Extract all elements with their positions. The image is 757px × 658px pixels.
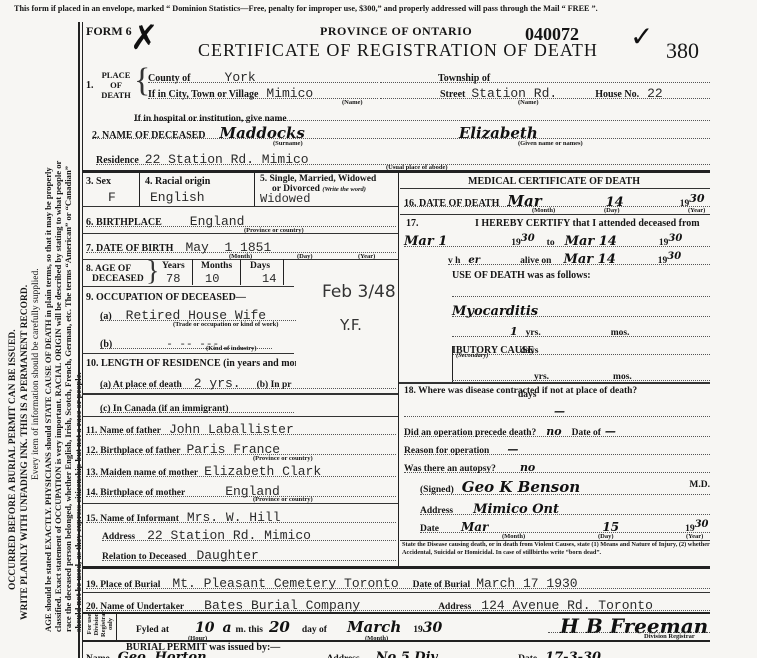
occupation-a-hint: (Trade or occupation or kind of work) [173, 321, 278, 328]
city-label: If in City, Town or Village [148, 89, 258, 100]
given-name-hint: (Given name or names) [518, 140, 583, 147]
county-value: York [225, 70, 256, 85]
marital-status-value: Widowed [260, 192, 310, 206]
divider [400, 214, 710, 215]
side-instruction-5: classified. Exact statement of OCCUPATIO… [53, 161, 63, 632]
undertaker-field: 20. Name of Undertaker Bates Burial Comp… [86, 596, 710, 611]
informant-name-field: 15. Name of Informant Mrs. W. Hill [86, 508, 396, 523]
hospital-label: If in hospital or institution, give name [134, 114, 287, 124]
side-instruction-2: WRITE PLAINLY WITH UNFADING INK. THIS IS… [20, 285, 30, 620]
q18-field: — [404, 402, 710, 417]
annotation-initials: Y.F. [340, 316, 362, 334]
mother-name-field: 13. Maiden name of mother Elizabeth Clar… [86, 462, 396, 477]
age-label: 8. AGE OF [86, 264, 131, 274]
divider [82, 233, 398, 234]
cause-value: Myocarditis [452, 304, 538, 319]
racial-origin-value: English [150, 190, 205, 205]
undertaker-address-value: 124 Avenue Rd. Toronto [481, 598, 653, 613]
years-label: Years [162, 261, 185, 271]
autopsy-field: Was there an autopsy? no [404, 458, 710, 473]
cause-field: Myocarditis [452, 302, 710, 317]
side-instruction-1: OCCURRED BEFORE A BURIAL PERMIT CAN BE I… [8, 329, 18, 590]
operation-value: no [546, 425, 561, 438]
divider [82, 206, 398, 207]
province-hint: (Province or country) [253, 455, 313, 462]
relation-field: Relation to Deceased Daughter [102, 546, 396, 561]
day-hint: (Day) [598, 533, 614, 540]
township-field: Township of [380, 68, 710, 83]
age-label-2: DECEASED [92, 274, 144, 284]
divider [82, 592, 710, 593]
registration-number: 040072 [525, 24, 579, 45]
hospital-field: If in hospital or institution, give name [134, 108, 710, 121]
name-hint: (Name) [342, 99, 363, 106]
death-year-value: 30 [689, 192, 704, 205]
residence-field: Residence 22 Station Rd. Mimico [96, 150, 710, 165]
residence-length-label: 10. LENGTH OF RESIDENCE (in years and mo… [86, 358, 296, 369]
cell-divider [254, 173, 255, 207]
occupation-label: 9. OCCUPATION OF DECEASED— [86, 292, 246, 303]
annotation-date: Feb 3/48 [322, 282, 396, 302]
cell-divider [116, 614, 117, 640]
check-mark-x: ✗ [130, 18, 159, 58]
divider [82, 416, 398, 417]
divider [82, 286, 294, 287]
mail-notice: This form if placed in an envelope, mark… [14, 4, 598, 13]
reason-field: Reason for operation — [404, 440, 710, 455]
signed-field: (Signed) Geo K Benson M.D. [420, 478, 710, 495]
deceased-name-field: 2. NAME OF DECEASED Maddocks Elizabeth [92, 124, 710, 139]
informant-name-value: Mrs. W. Hill [187, 510, 281, 525]
physician-signature: Geo K Benson [462, 478, 580, 496]
divider [398, 382, 710, 384]
physician-address-field: Address Mimico Ont [420, 500, 710, 515]
permit-name-value: Geo. Horton [118, 650, 207, 658]
residence-value: 22 Station Rd. Mimico [145, 152, 309, 167]
certificate-day-value: 15 [602, 520, 619, 534]
permit-field: Name Geo. Horton Address No 5 Div Date 1… [86, 648, 710, 658]
cell-divider [139, 173, 140, 207]
left-border-inner [82, 22, 83, 658]
mother-name-value: Elizabeth Clark [204, 464, 321, 479]
attended-from-value: Mar 1 [404, 234, 447, 249]
check-mark: ✓ [630, 20, 653, 53]
certificate-date-field: Date Mar 15 1930 [420, 518, 710, 533]
cell-divider [283, 259, 284, 285]
street-name-hint: (Name) [518, 99, 539, 106]
residence-place-value: 2 yrs. [194, 376, 241, 391]
attended-to-value: Mar 14 [565, 234, 617, 249]
place-of-death-label: PLACE OF DEATH [96, 70, 136, 100]
undertaker-value: Bates Burial Company [204, 598, 360, 613]
relation-value: Daughter [196, 548, 258, 563]
date-of-death-field: 16. DATE OF DEATH Mar 14 1930 [404, 192, 710, 207]
page-number: 380 [666, 38, 699, 64]
burial-place-value: Mt. Pleasant Cemetery Toronto [172, 576, 398, 591]
racial-origin-label: 4. Racial origin [145, 176, 210, 187]
street-field: Street Station Rd. House No. 22 [380, 84, 710, 99]
divider [82, 393, 398, 395]
brace: } [146, 258, 159, 286]
age-days-value: 14 [262, 272, 276, 286]
cell-divider [192, 259, 193, 285]
registrar-side-label: For use Division Registrar only [86, 611, 114, 637]
date-of-birth-field: 7. DATE OF BIRTH May 1 1851 [86, 238, 396, 253]
father-name-field: 11. Name of father John Laballister [86, 420, 396, 435]
certify-text: I HEREBY CERTIFY that I attended decease… [475, 218, 700, 229]
county-label: County of [148, 73, 191, 84]
county-field: County of York [148, 68, 378, 83]
registrar-signature-line [548, 618, 710, 633]
cell-divider [240, 259, 241, 285]
street-value: Station Rd. [471, 86, 557, 101]
occupation-b-hint: (Kind of industry) [206, 345, 257, 352]
medical-certificate-title: MEDICAL CERTIFICATE OF DEATH [468, 176, 640, 187]
divider [82, 503, 398, 504]
months-label: Months [201, 261, 232, 271]
operation-field: Did an operation precede death? no Date … [404, 422, 710, 437]
registrar-hint: Division Registrar [644, 633, 695, 640]
side-instruction-4: AGE should be stated EXACTLY. PHYSICIANS… [43, 167, 53, 632]
days-label: Days [250, 261, 270, 271]
divider [82, 566, 710, 569]
secondary-hint: (Secondary) [456, 352, 489, 359]
permit-date-value: 17-3-30 [545, 650, 601, 658]
day-hint: (Day) [604, 207, 620, 214]
name-of-deceased-label: 2. NAME OF DECEASED [92, 130, 206, 141]
medical-footnote: State the Disease causing death, or in d… [402, 541, 710, 556]
permit-address-value: No 5 Div [376, 650, 438, 658]
age-months-value: 10 [205, 272, 219, 286]
cause-of-death-label: USE OF DEATH was as follows: [452, 270, 591, 281]
autopsy-value: no [520, 461, 535, 474]
alive-on-value: Mar 14 [563, 252, 615, 267]
filed-day-value: 20 [269, 618, 290, 636]
father-birthplace-field: 12. Birthplace of father Paris France [86, 440, 396, 455]
duration-2-field: yrs. mos. days [452, 366, 710, 381]
mother-birthplace-field: 14. Birthplace of mother England [86, 482, 396, 497]
marital-status-label: 5. Single, Married, Widowed [260, 174, 376, 184]
alive-on-field: v h er alive on Mar 14 1930 [448, 250, 710, 265]
house-value: 22 [647, 86, 663, 101]
side-instruction-6: race the deceased person belonged, wheth… [63, 166, 73, 632]
column-divider [398, 382, 399, 566]
attended-from-field: Mar 1 1930 to Mar 14 1930 [404, 232, 710, 247]
occupation-a-field: (a) Retired House Wife [100, 306, 296, 321]
residence-place-field: (a) At place of death 2 yrs. (b) In pr [100, 374, 396, 389]
filed-month-value: March [347, 618, 401, 636]
age-years-value: 78 [166, 272, 180, 286]
residence-label: Residence [96, 155, 139, 166]
filed-year-value: 30 [423, 620, 442, 636]
burial-place-field: 19. Place of Burial Mt. Pleasant Cemeter… [86, 574, 710, 589]
date-of-birth-label: 7. DATE OF BIRTH [86, 243, 173, 254]
month-hint: (Month) [532, 207, 555, 214]
divider [400, 188, 710, 189]
residence-canada-field: (c) In Canada (if an immigrant) [100, 398, 294, 413]
house-label: House No. [595, 89, 639, 100]
q18-label: 18. Where was disease contracted if not … [404, 386, 637, 396]
father-name-value: John Laballister [169, 422, 294, 437]
certificate-month-value: Mar [461, 520, 488, 534]
filed-field: Fyled at 10 a m. this 20 day of March 19… [136, 618, 442, 637]
informant-address-field: Address 22 Station Rd. Mimico [102, 526, 396, 541]
city-value: Mimico [266, 86, 313, 101]
township-label: Township of [438, 73, 490, 84]
surname-hint: (Surname) [273, 140, 303, 147]
left-border [78, 22, 80, 658]
side-instruction-3: Every item of information should be care… [31, 268, 41, 480]
contributory-cause-field: IBUTORY CAUSE [452, 340, 710, 355]
sex-value: F [108, 190, 116, 205]
birthplace-field: 6. BIRTHPLACE England [86, 212, 396, 227]
divider [398, 246, 399, 260]
divider [82, 170, 710, 173]
duration-field: 1 yrs. mos. days [452, 322, 710, 337]
divider [82, 353, 294, 354]
province-hint: (Province or country) [253, 496, 313, 503]
city-field: If in City, Town or Village Mimico [148, 84, 378, 99]
year-hint: (Year) [688, 207, 705, 214]
cause-line-1 [452, 286, 710, 297]
physician-address-value: Mimico Ont [473, 502, 559, 517]
street-label: Street [440, 89, 465, 100]
certify-number: 17. [406, 218, 419, 229]
filed-hour-value: 10 [195, 620, 214, 636]
month-hint: (Month) [502, 533, 525, 540]
birthplace-value: England [190, 214, 245, 229]
sex-label: 3. Sex [86, 176, 111, 187]
form-number: FORM 6 [86, 24, 132, 39]
birthplace-label: 6. BIRTHPLACE [86, 217, 162, 228]
year-hint: (Year) [686, 533, 703, 540]
informant-address-value: 22 Station Rd. Mimico [147, 528, 311, 543]
province-title: PROVINCE OF ONTARIO [320, 24, 472, 39]
burial-date-value: March 17 1930 [476, 576, 577, 591]
place-of-death-number: 1. [86, 80, 94, 91]
